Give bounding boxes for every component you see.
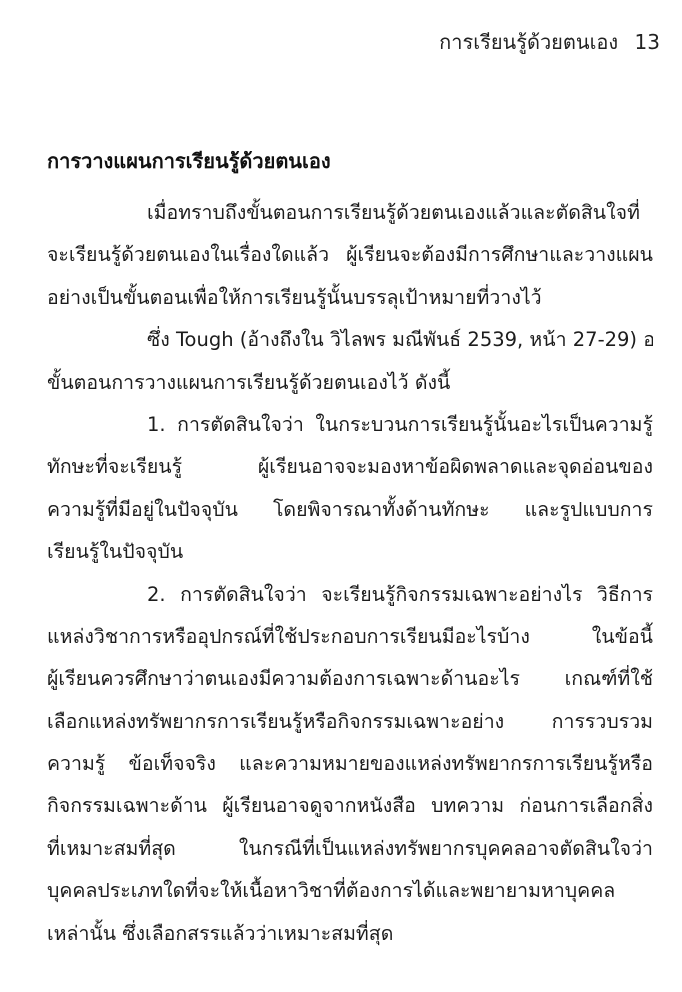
text-line: ที่เหมาะสมที่สุด ในกรณีที่เป็นแหล่งทรัพย… [47,828,653,870]
text-line: 1. การตัดสินใจว่า ในกระบวนการเรียนรู้นั้… [47,404,653,446]
text-line: เรียนรู้ในปัจจุบัน [47,531,653,573]
text-line: เลือกแหล่งทรัพยากรการเรียนรู้หรือกิจกรรม… [47,701,653,743]
running-header: การเรียนรู้ด้วยตนเอง 13 [439,26,660,58]
page-number: 13 [635,30,660,54]
text-line: ทักษะที่จะเรียนรู้ ผู้เรียนอาจจะมองหาข้อ… [47,446,653,488]
paragraph-tough-citation: ซึ่ง Tough (อ้างถึงใน วิไลพร มณีพันธ์ 25… [47,319,653,404]
text-line: เหล่านั้น ซึ่งเลือกสรรแล้วว่าเหมาะสมที่ส… [47,913,653,955]
section-title: การวางแผนการเรียนรู้ด้วยตนเอง [47,145,331,177]
text-line: อย่างเป็นขั้นตอนเพื่อให้การเรียนรู้นั้นบ… [47,277,653,319]
list-item-1: 1. การตัดสินใจว่า ในกระบวนการเรียนรู้นั้… [47,404,653,574]
text-line: ซึ่ง Tough (อ้างถึงใน วิไลพร มณีพันธ์ 25… [47,319,653,361]
text-line: ขั้นตอนการวางแผนการเรียนรู้ด้วยตนเองไว้ … [47,362,653,404]
text-line: บุคคลประเภทใดที่จะให้เนื้อหาวิชาที่ต้องก… [47,870,653,912]
running-title: การเรียนรู้ด้วยตนเอง [439,30,618,54]
paragraph-intro: เมื่อทราบถึงขั้นตอนการเรียนรู้ด้วยตนเองแ… [47,192,653,319]
text-line: แหล่งวิชาการหรืออุปกรณ์ที่ใช้ประกอบการเร… [47,616,653,658]
list-item-2: 2. การตัดสินใจว่า จะเรียนรู้กิจกรรมเฉพาะ… [47,574,653,956]
text-line: ความรู้ ข้อเท็จจริง และความหมายของแหล่งท… [47,743,653,785]
body-text: เมื่อทราบถึงขั้นตอนการเรียนรู้ด้วยตนเองแ… [47,192,653,955]
text-line: 2. การตัดสินใจว่า จะเรียนรู้กิจกรรมเฉพาะ… [47,574,653,616]
text-line: ผู้เรียนควรศึกษาว่าตนเองมีความต้องการเฉพ… [47,658,653,700]
text-line: เมื่อทราบถึงขั้นตอนการเรียนรู้ด้วยตนเองแ… [47,192,653,234]
text-line: จะเรียนรู้ด้วยตนเองในเรื่องใดแล้ว ผู้เรี… [47,234,653,276]
text-line: ความรู้ที่มีอยู่ในปัจจุบัน โดยพิจารณาทั้… [47,489,653,531]
text-line: กิจกรรมเฉพาะด้าน ผู้เรียนอาจดูจากหนังสือ… [47,785,653,827]
